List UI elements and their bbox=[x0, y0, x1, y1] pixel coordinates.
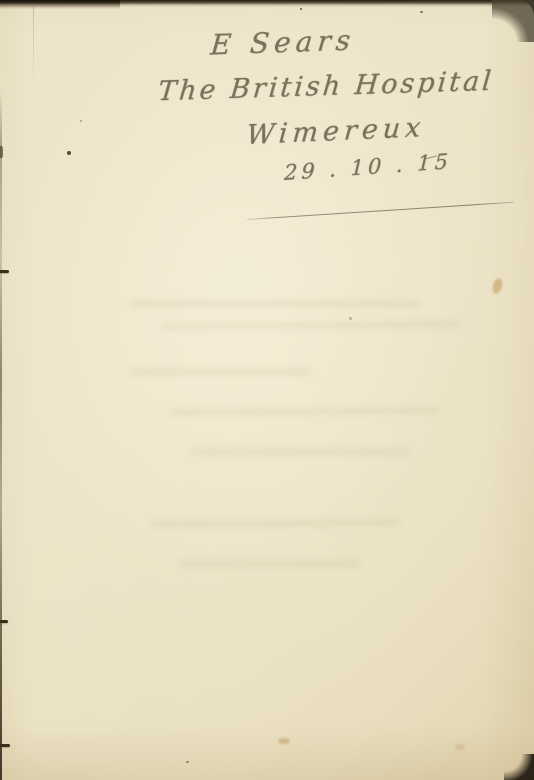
binding-gutter-edge bbox=[0, 90, 2, 780]
show-through-mark bbox=[180, 560, 360, 567]
ink-speck bbox=[67, 151, 71, 155]
inscription-name: E Sears bbox=[209, 23, 356, 61]
dark-corner-bottom-right bbox=[504, 754, 534, 780]
ink-speck bbox=[80, 120, 82, 122]
show-through-mark bbox=[130, 368, 310, 375]
page-stain bbox=[278, 738, 290, 744]
show-through-mark bbox=[130, 300, 420, 307]
show-through-mark bbox=[190, 448, 410, 455]
ink-speck bbox=[300, 8, 302, 10]
stitch-mark bbox=[0, 620, 8, 623]
paper-crease bbox=[33, 4, 34, 92]
rounded-corner-top-right bbox=[492, 0, 534, 42]
stitch-mark bbox=[0, 744, 10, 747]
ink-speck bbox=[186, 761, 189, 763]
stitch-mark bbox=[0, 270, 9, 273]
binding-notch bbox=[0, 146, 3, 158]
notebook-page bbox=[0, 0, 534, 780]
top-scan-edge-left bbox=[0, 0, 120, 9]
page-stain bbox=[455, 744, 465, 750]
scanned-page: E Sears The British Hospital Wimereux 29… bbox=[0, 0, 534, 780]
ink-speck bbox=[349, 317, 352, 320]
ink-speck bbox=[420, 11, 423, 13]
